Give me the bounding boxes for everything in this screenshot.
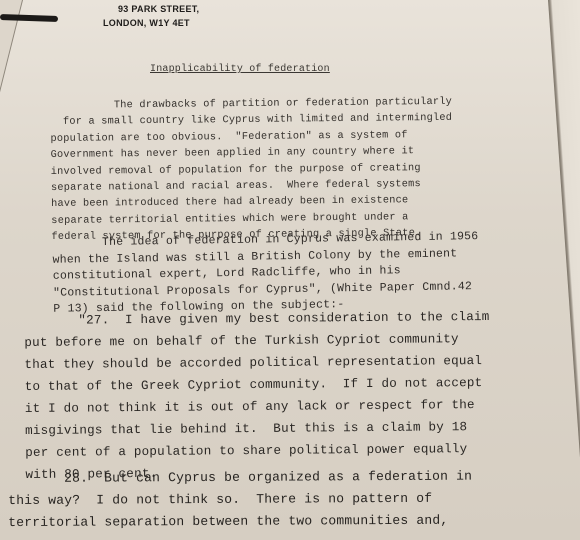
paragraph-drawbacks: The drawbacks of partition or federation…: [50, 94, 453, 246]
text-line: territorial separation between the two c…: [8, 510, 472, 534]
text-line: this way? I do not think so. There is no…: [8, 488, 472, 512]
document-page: 93 PARK STREET, LONDON, W1Y 4ET Inapplic…: [0, 0, 580, 540]
quote-paragraph-27: "27. I have given my best consideration …: [24, 306, 491, 486]
quote-paragraph-28: 28. But can Cyprus be organized as a fed…: [8, 466, 472, 534]
paragraph-radcliffe-intro: The idea of federation in Cyprus was exa…: [38, 229, 480, 318]
page-right-edge: [548, 0, 580, 540]
text-line: 28. But can Cyprus be organized as a fed…: [8, 466, 472, 490]
section-heading: Inapplicability of federation: [150, 64, 330, 75]
text-line: per cent of a population to share politi…: [25, 438, 491, 464]
address-line-2: LONDON, W1Y 4ET: [103, 18, 190, 28]
address-line-1: 93 PARK STREET,: [118, 4, 199, 14]
